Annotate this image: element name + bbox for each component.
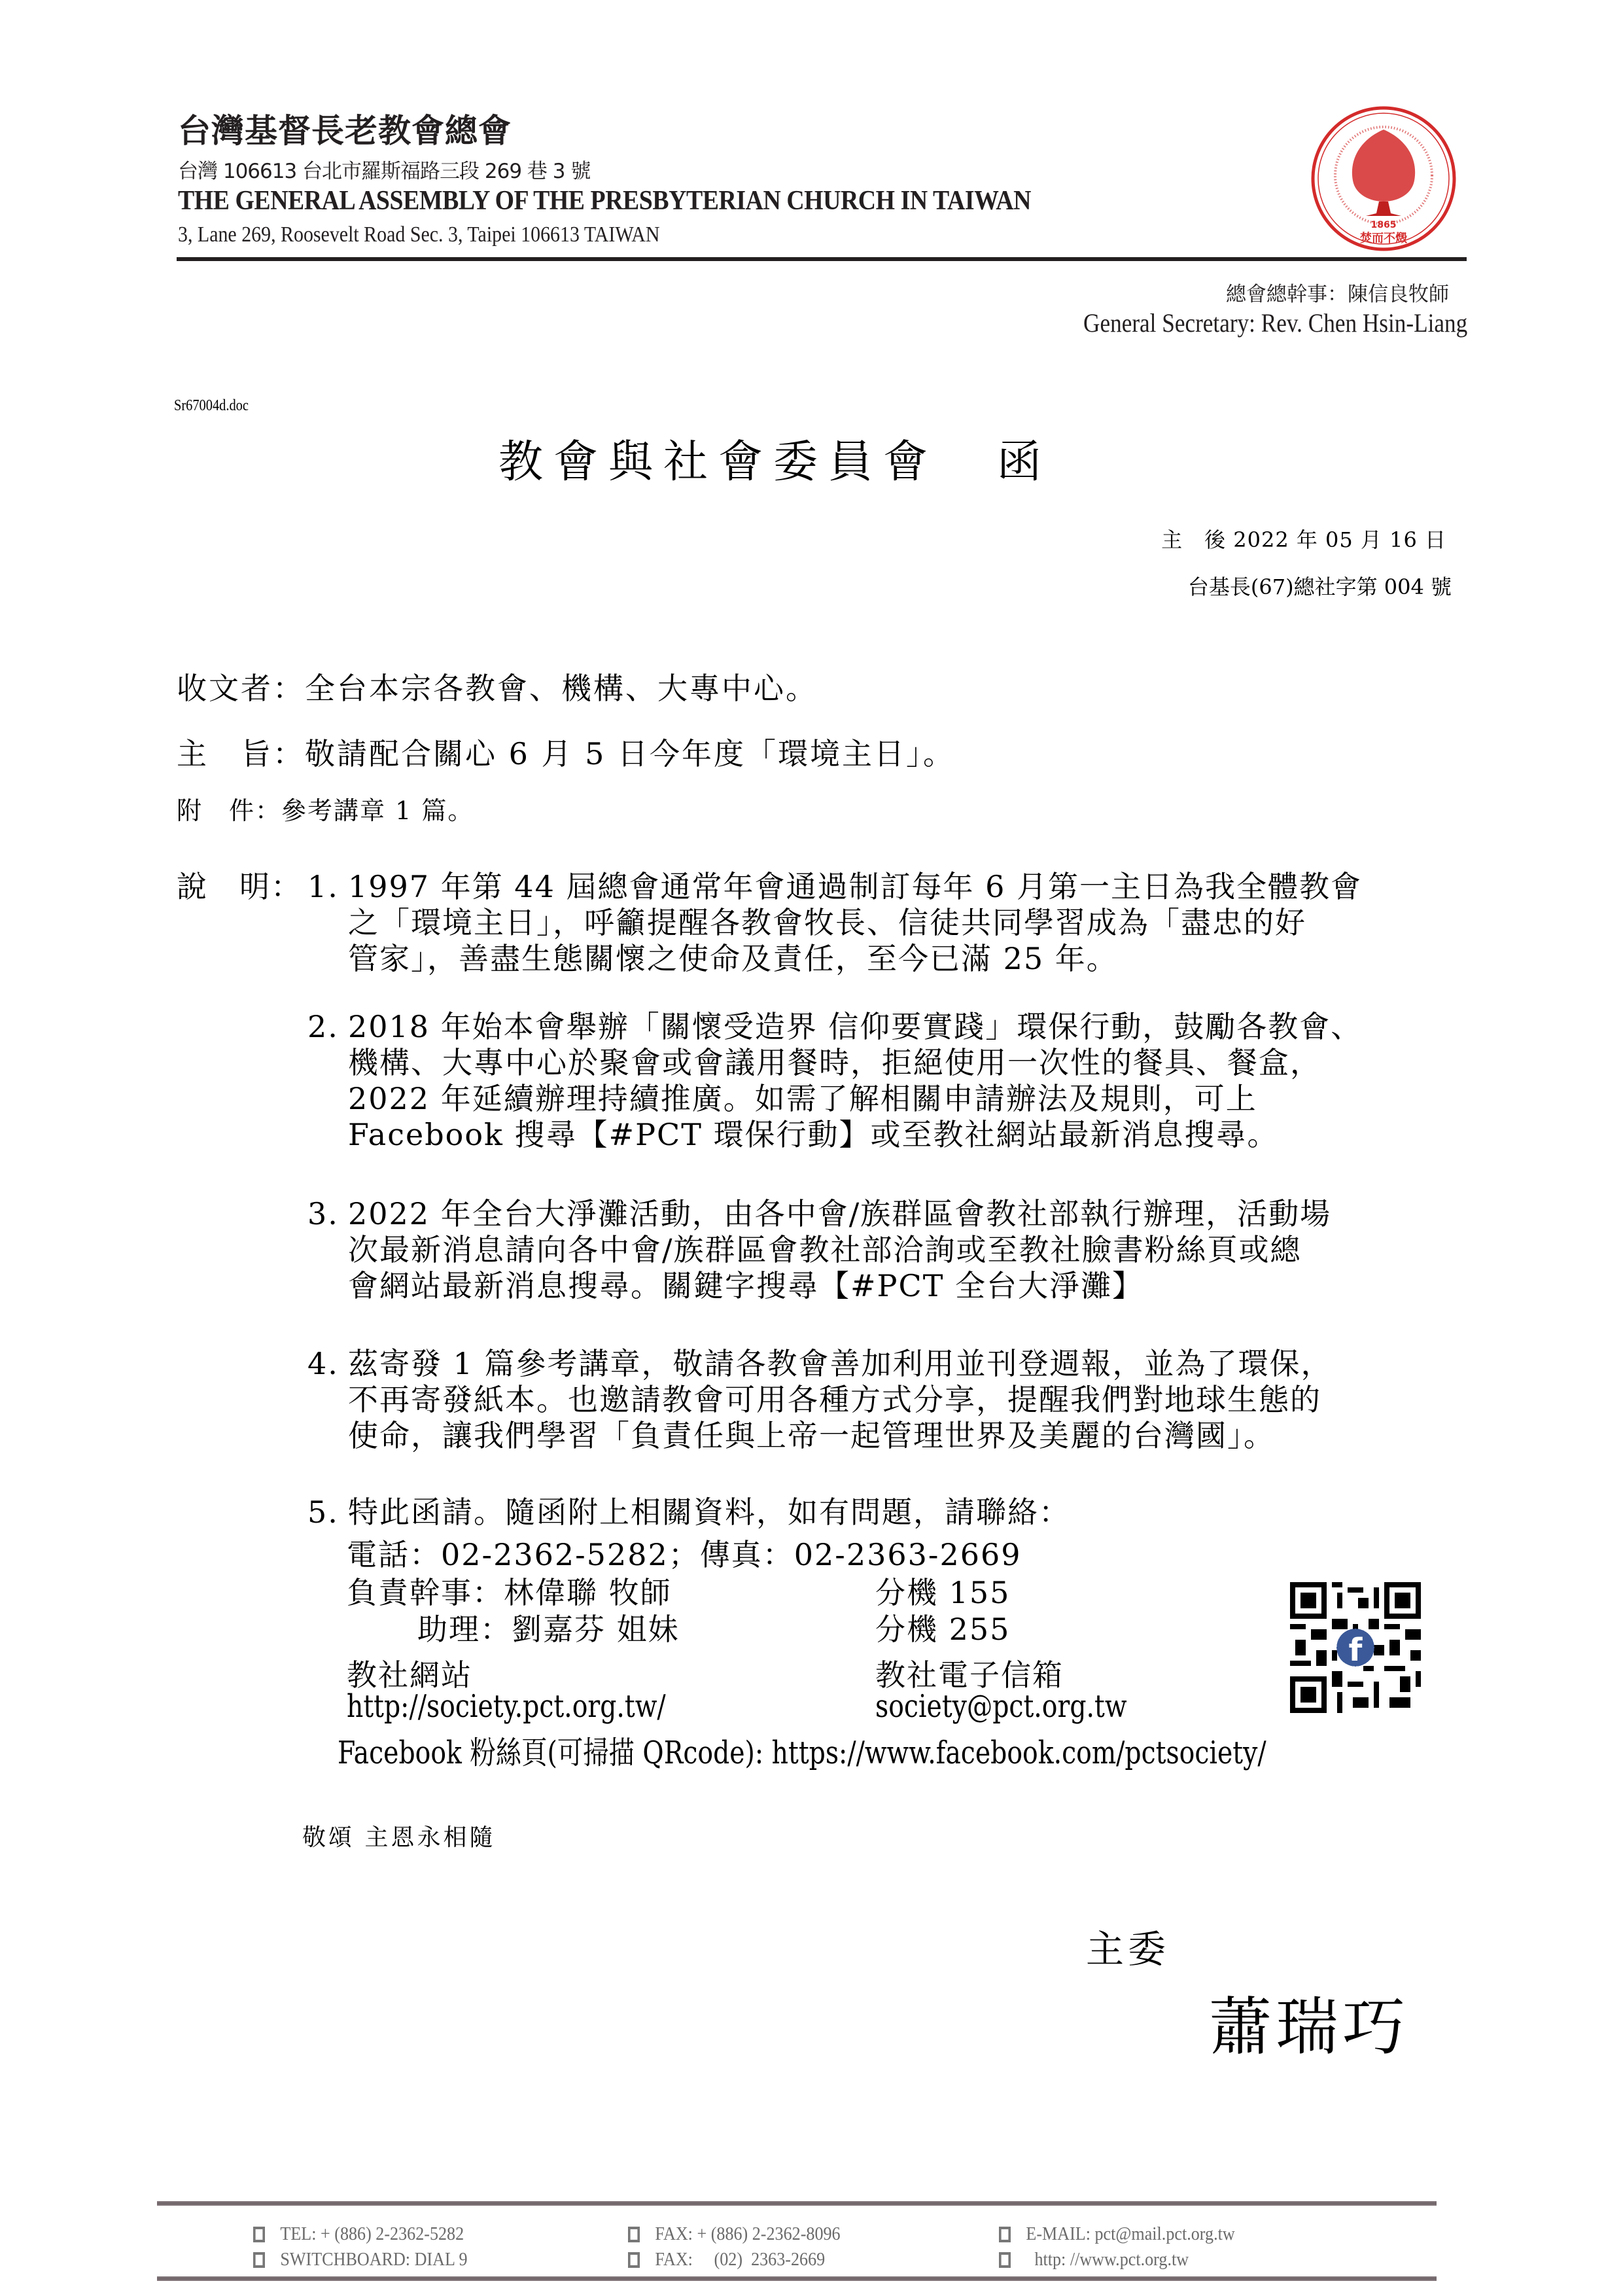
attachment-field: 附 件：參考講章 1 篇。	[177, 790, 474, 826]
address-zh: 台灣 106613 台北市羅斯福路三段 269 巷 3 號	[178, 154, 590, 184]
church-seal-logo-icon: 1865 焚而不燬	[1308, 103, 1459, 254]
recipient-field: 收文者：全台本宗各教會、機構、大專中心。	[177, 665, 818, 708]
general-secretary-en: General Secretary: Rev. Chen Hsin-Liang	[1083, 308, 1467, 338]
staff-assistant: 助理：劉嘉芬 姐妹	[347, 1606, 680, 1649]
staff-assistant-ext: 分機 255	[875, 1606, 1010, 1649]
closing-salutation: 敬頌 主恩永相隨	[302, 1819, 495, 1852]
subject-label: 主 旨：	[177, 736, 305, 771]
signatory-title: 主委	[1086, 1918, 1170, 1973]
checkbox-bullet-icon	[628, 2252, 640, 2268]
explanation-item-1: 1.1997 年第 44 屆總會通常年會通過制訂每年 6 月第一主日為我全體教會…	[307, 869, 1459, 977]
general-secretary-zh: 總會總幹事：陳信良牧師	[1226, 277, 1449, 307]
attachment-label: 附 件：	[177, 796, 281, 825]
address-en: 3, Lane 269, Roosevelt Road Sec. 3, Taip…	[178, 222, 659, 247]
explanation-item-3: 3.2022 年全台大淨灘活動，由各中會/族群區會教社部執行辦理，活動場 次最新…	[307, 1196, 1459, 1304]
checkbox-bullet-icon	[999, 2252, 1011, 2268]
checkbox-bullet-icon	[253, 2227, 265, 2242]
explanation-item-2: 2.2018 年始本會舉辦「關懷受造界 信仰要實踐」環保行動，鼓勵各教會、 機構…	[307, 1009, 1459, 1153]
email-link[interactable]: society@pct.org.tw	[875, 1688, 1127, 1725]
footer-divider-top	[157, 2201, 1437, 2206]
footer-switchboard: SWITCHBOARD: DIAL 9	[253, 2249, 468, 2270]
letterhead-divider	[177, 257, 1467, 261]
footer-divider-bottom	[157, 2276, 1437, 2281]
letter-type: 函	[997, 436, 1052, 488]
website-link[interactable]: http://society.pct.org.tw/	[347, 1688, 666, 1725]
svg-text:1865: 1865	[1371, 220, 1397, 230]
document-file-name: Sr67004d.doc	[174, 397, 249, 415]
subject-value: 敬請配合關心 6 月 5 日今年度「環境主日」。	[305, 736, 955, 771]
signatory-name: 蕭瑞巧	[1209, 1977, 1409, 2067]
explanation-label: 說 明：	[177, 869, 302, 905]
svg-text:焚而不燬: 焚而不燬	[1360, 231, 1408, 245]
facebook-qr-code[interactable]: f	[1290, 1582, 1421, 1713]
footer-tel: TEL: + (886) 2-2362-5282	[253, 2223, 464, 2245]
attachment-value: 參考講章 1 篇。	[281, 796, 474, 825]
checkbox-bullet-icon	[628, 2227, 640, 2242]
footer-website[interactable]: http: //www.pct.org.tw	[999, 2249, 1189, 2270]
explanation-item-4: 4.茲寄發 1 篇參考講章，敬請各教會善加利用並刊登週報，並為了環保， 不再寄發…	[307, 1346, 1459, 1454]
subject-field: 主 旨：敬請配合關心 6 月 5 日今年度「環境主日」。	[177, 730, 955, 773]
phone-fax: 電話：02-2362-5282；傳真：02-2363-2669	[347, 1531, 1022, 1574]
document-number: 台基長(67)總社字第 004 號	[1188, 571, 1452, 601]
explanation-item-5: 5.特此函請。隨函附上相關資料，如有問題，請聯絡：	[307, 1494, 1459, 1530]
organization-name-en: THE GENERAL ASSEMBLY OF THE PRESBYTERIAN…	[178, 185, 1031, 217]
document-title: 教會與社會委員會函	[498, 427, 1052, 490]
recipient-label: 收文者：	[177, 671, 305, 706]
footer-email[interactable]: E-MAIL: pct@mail.pct.org.tw	[999, 2223, 1235, 2245]
footer-fax-intl: FAX: + (886) 2-2362-8096	[628, 2223, 841, 2245]
facebook-page-link[interactable]: Facebook 粉絲頁(可掃描 QRcode): https://www.fa…	[338, 1727, 1266, 1773]
recipient-value: 全台本宗各教會、機構、大專中心。	[305, 671, 818, 706]
committee-name: 教會與社會委員會	[498, 436, 938, 488]
organization-name-zh: 台灣基督長老教會總會	[178, 105, 512, 152]
checkbox-bullet-icon	[253, 2252, 265, 2268]
footer-fax-local: FAX: (02) 2363-2669	[628, 2249, 825, 2270]
checkbox-bullet-icon	[999, 2227, 1011, 2242]
document-date: 主 後 2022 年 05 月 16 日	[1161, 523, 1446, 554]
svg-text:f: f	[1349, 1632, 1363, 1669]
